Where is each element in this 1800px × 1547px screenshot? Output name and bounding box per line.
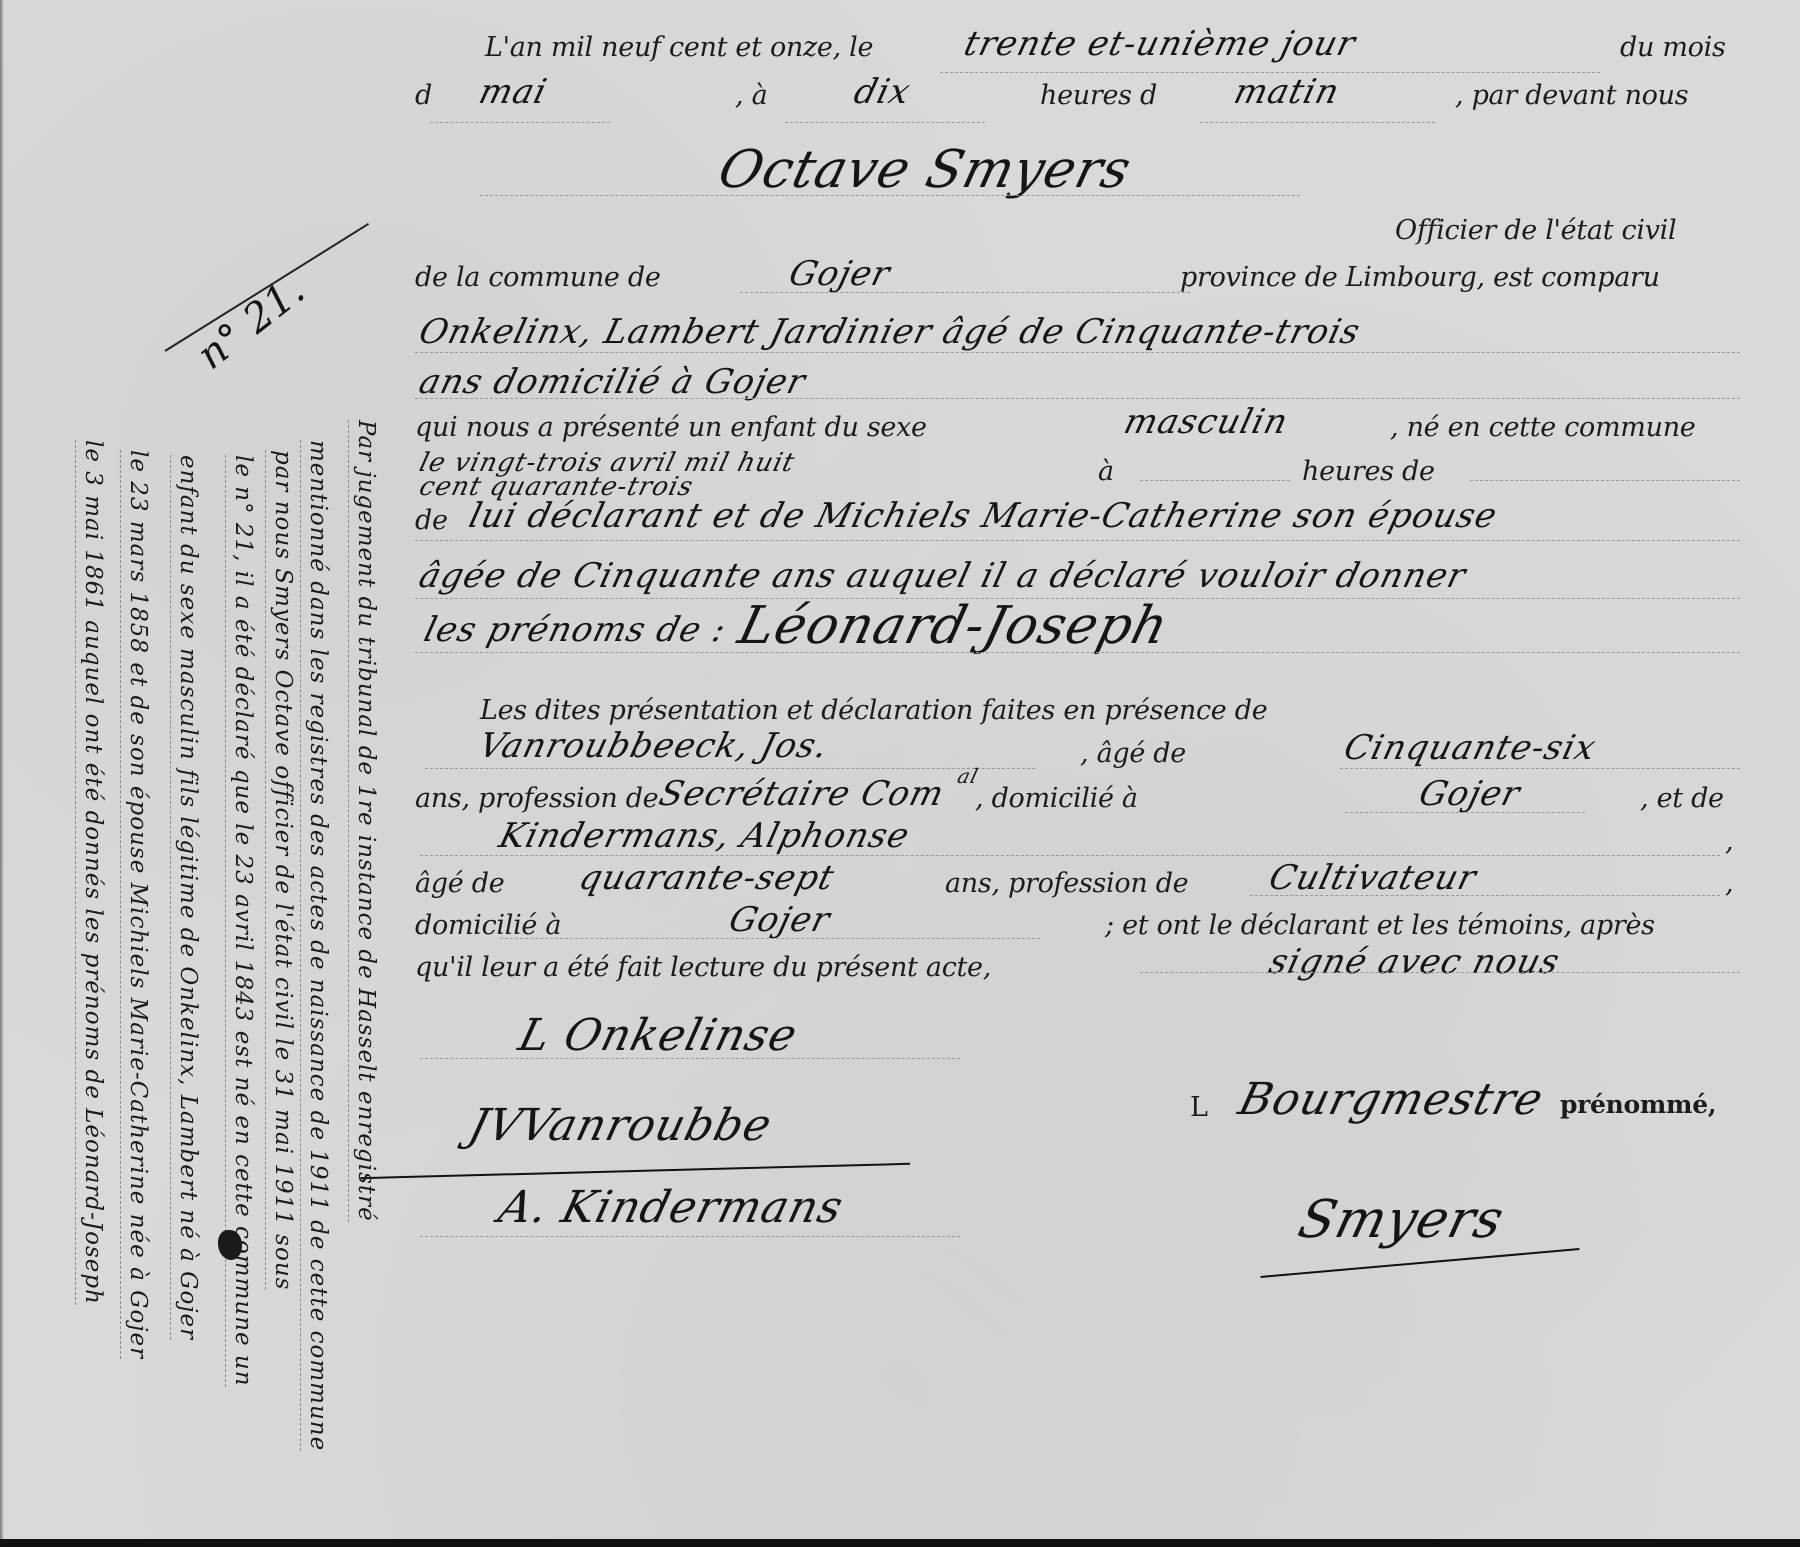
declarant-line-2: ans domicilié à Gojer <box>415 362 810 402</box>
period-field: matin <box>1230 72 1344 112</box>
signature-line <box>420 1236 960 1237</box>
printed-d: d <box>415 80 432 111</box>
mother-line: lui déclarant et de Michiels Marie-Cathe… <box>465 496 1502 536</box>
page-bottom-shadow <box>0 1539 1800 1547</box>
printed-intro: L'an mil neuf cent et onze, le <box>485 32 873 63</box>
fill-line <box>415 352 1740 353</box>
printed-a: , à <box>735 80 767 111</box>
fill-line <box>1250 895 1720 896</box>
witness2-domicile: Gojer <box>725 900 835 940</box>
fill-line <box>420 855 1720 856</box>
printed-comma-2: , <box>1725 868 1733 899</box>
fill-line <box>1140 480 1290 481</box>
fill-line <box>480 195 1300 196</box>
mayor-title-printed: prénommé, <box>1560 1090 1716 1119</box>
witness1-name: Vanroubbeeck, Jos. <box>475 726 833 766</box>
printed-comma: , <box>1725 826 1733 857</box>
officer-name: Octave Smyers <box>713 140 1138 200</box>
printed-par-devant: , par devant nous <box>1455 80 1688 111</box>
fill-line <box>430 122 610 123</box>
witness1-profession: Secrétaire Com <box>655 774 949 814</box>
printed-domicilie: , domicilié à <box>975 783 1138 814</box>
margin-line-7: le 3 mai 1861 auquel ont été donnés les … <box>75 440 106 1305</box>
signature-line <box>420 1058 960 1059</box>
printed-enfant: qui nous a présenté un enfant du sexe <box>415 412 927 443</box>
declarant-signature: L Onkelinse <box>514 1010 803 1061</box>
fill-line <box>1140 972 1740 973</box>
witness2-profession: Cultivateur <box>1265 858 1481 898</box>
printed-profession-2: ans, profession de <box>945 868 1188 899</box>
printed-lecture: qu'il leur a été fait lecture du présent… <box>415 952 991 983</box>
printed-du-mois: du mois <box>1620 32 1726 63</box>
fill-line <box>415 652 1740 653</box>
fill-line <box>785 122 985 123</box>
printed-age-de-2: âgé de <box>415 868 504 899</box>
mayor-title-hand: Bourgmestre <box>1234 1074 1549 1125</box>
margin-line-5: enfant du sexe masculin fils légitime de… <box>170 455 201 1340</box>
printed-profession: ans, profession de <box>415 783 658 814</box>
officer-title: Officier de l'état civil <box>1395 215 1676 246</box>
signature-flourish <box>360 1163 910 1179</box>
mayor-signature: Smyers <box>1293 1190 1511 1250</box>
fill-line <box>1200 122 1435 123</box>
witness1-signature: JVVanroubbe <box>464 1100 778 1151</box>
signe-avec-nous: signé avec nous <box>1265 942 1564 982</box>
day-field: trente et-unième jour <box>960 24 1360 64</box>
fill-line <box>740 292 1190 293</box>
witness1-domicile: Gojer <box>1415 774 1525 814</box>
fill-line <box>1340 768 1740 769</box>
printed-a-heures: à <box>1098 456 1114 487</box>
printed-commune: de la commune de <box>415 262 661 293</box>
printed-province: province de Limbourg, est comparu <box>1180 262 1660 293</box>
civil-record-page: L'an mil neuf cent et onze, le trente et… <box>0 0 1800 1547</box>
prenoms-label: les prénoms de : <box>420 610 730 650</box>
mayor-prefix: L <box>1190 1092 1208 1123</box>
sex-field: masculin <box>1120 402 1293 442</box>
printed-et-ont: ; et ont le déclarant et les témoins, ap… <box>1105 910 1655 941</box>
margin-line-6: le 23 mars 1858 et de son épouse Michiel… <box>120 450 151 1359</box>
witness2-age: quarante-sept <box>575 858 839 898</box>
witness-intro: Les dites présentation et déclaration fa… <box>480 695 1267 726</box>
margin-line-3: par nous Smyers Octave officier de l'éta… <box>265 450 296 1290</box>
printed-age-de: , âgé de <box>1080 738 1186 769</box>
margin-line-2: mentionné dans les registres des actes d… <box>300 440 331 1451</box>
fill-line <box>1345 812 1585 813</box>
month-field: mai <box>475 72 551 112</box>
printed-ne-en: , né en cette commune <box>1390 412 1695 443</box>
ink-blot <box>218 1230 242 1260</box>
witness2-name: Kindermans, Alphonse <box>495 816 914 856</box>
witness1-age: Cinquante-six <box>1340 728 1600 768</box>
printed-domicilie-2: domicilié à <box>415 910 561 941</box>
commune-field: Gojer <box>785 254 895 294</box>
declarant-line-1: Onkelinx, Lambert Jardinier âgé de Cinqu… <box>415 312 1365 352</box>
hour-field: dix <box>850 72 915 112</box>
printed-heures-de: heures de <box>1302 456 1435 487</box>
margin-line-1: Par jugement du tribunal de 1re instance… <box>348 420 379 1222</box>
margin-annotation: Par jugement du tribunal de 1re instance… <box>0 420 400 1540</box>
mayor-signature-flourish <box>1261 1248 1580 1278</box>
fill-line <box>415 398 1740 399</box>
mother-age-line: âgée de Cinquante ans auquel il a déclar… <box>415 556 1470 596</box>
printed-heures: heures d <box>1040 80 1157 111</box>
fill-line <box>1470 480 1740 481</box>
printed-et-de: , et de <box>1640 783 1724 814</box>
fill-line <box>415 540 1740 541</box>
fill-line <box>425 768 1035 769</box>
printed-de: de <box>415 505 448 536</box>
given-names-field: Léonard-Joseph <box>733 596 1175 656</box>
fill-line <box>500 938 1040 939</box>
witness2-signature: A. Kindermans <box>494 1182 849 1233</box>
